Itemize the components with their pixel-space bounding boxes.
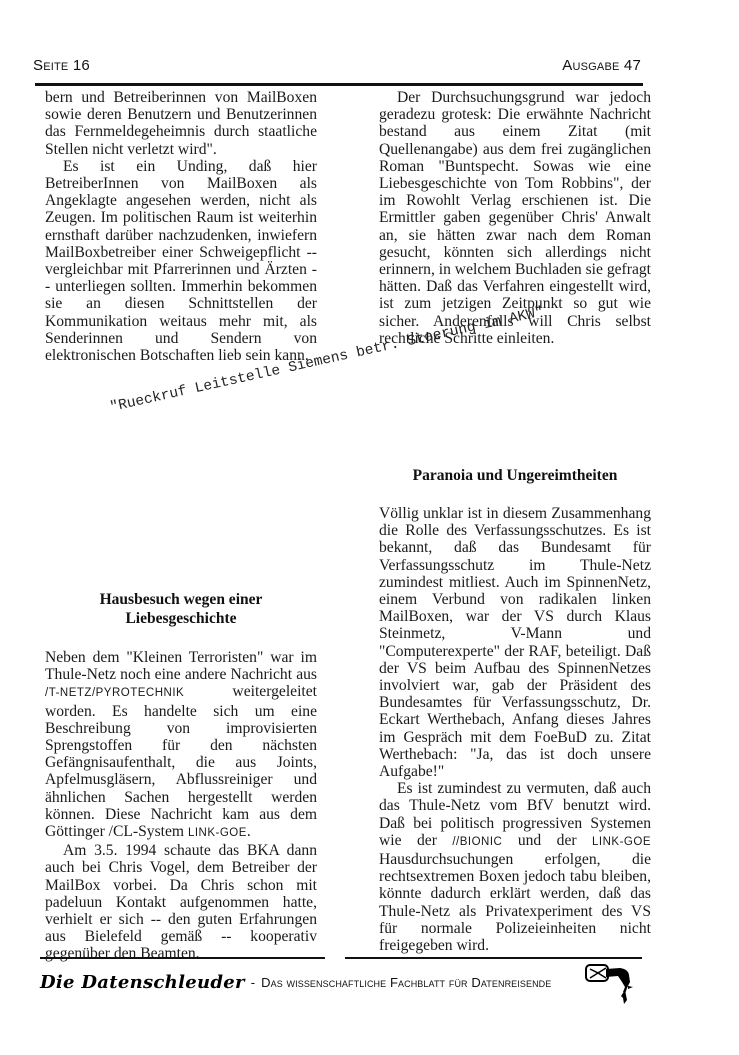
text-run: Neben dem "Kleinen Terroristen" war im T…: [45, 649, 317, 683]
right-column-top: Der Durchsuchungsgrund war jedoch gerade…: [379, 89, 651, 347]
section-heading-hausbesuch: Hausbesuch wegen einer Liebesgeschichte: [45, 590, 317, 628]
footer-separator: -: [251, 975, 255, 990]
issue-number: Ausgabe 47: [562, 57, 641, 74]
paragraph: bern und Betreiberinnen von MailBoxen so…: [45, 89, 317, 158]
text-run: und der: [502, 832, 592, 849]
paragraph: Am 3.5. 1994 schaute das BKA dann auch b…: [45, 842, 317, 962]
system-name: LINK-GOE: [592, 836, 651, 848]
footer-rule-left: [40, 957, 325, 959]
page-number: Seite 16: [33, 57, 90, 74]
text-run: Hausdurchsuchungen erfolgen, die rechtse…: [379, 851, 651, 954]
header-rule: [35, 83, 643, 86]
tagline: Das wissenschaftliche Fachblatt für Date…: [261, 975, 551, 990]
paragraph: Es ist zumindest zu vermuten, daß auch d…: [379, 780, 651, 954]
left-column-top: bern und Betreiberinnen von MailBoxen so…: [45, 89, 317, 364]
hand-plug-icon: [584, 962, 644, 1006]
footer-rule-right: [345, 957, 642, 959]
document-page: Seite 16 Ausgabe 47 bern und Betreiberin…: [0, 0, 739, 1055]
text-run: .: [247, 823, 251, 840]
section-heading-paranoia: Paranoia und Ungereimtheiten: [379, 466, 651, 485]
paragraph: Der Durchsuchungsgrund war jedoch gerade…: [379, 89, 651, 347]
newsgroup-name: /T-NETZ/PYROTECHNIK: [45, 687, 184, 699]
paragraph: Neben dem "Kleinen Terroristen" war im T…: [45, 649, 317, 842]
text-run: weitergeleitet worden. Es handelte sich …: [45, 683, 317, 840]
system-name: //BIONIC: [452, 836, 502, 848]
footer: Die Datenschleuder - Das wissenschaftlic…: [40, 967, 551, 997]
masthead: Die Datenschleuder: [40, 972, 245, 993]
paragraph: Es ist ein Unding, daß hier BetreiberInn…: [45, 158, 317, 364]
paragraph: Völlig unklar ist in diesem Zusammenhang…: [379, 505, 651, 780]
right-column-bottom: Völlig unklar ist in diesem Zusammenhang…: [379, 505, 651, 954]
left-column-bottom: Neben dem "Kleinen Terroristen" war im T…: [45, 649, 317, 963]
system-name: LINK-GOE: [188, 827, 247, 839]
